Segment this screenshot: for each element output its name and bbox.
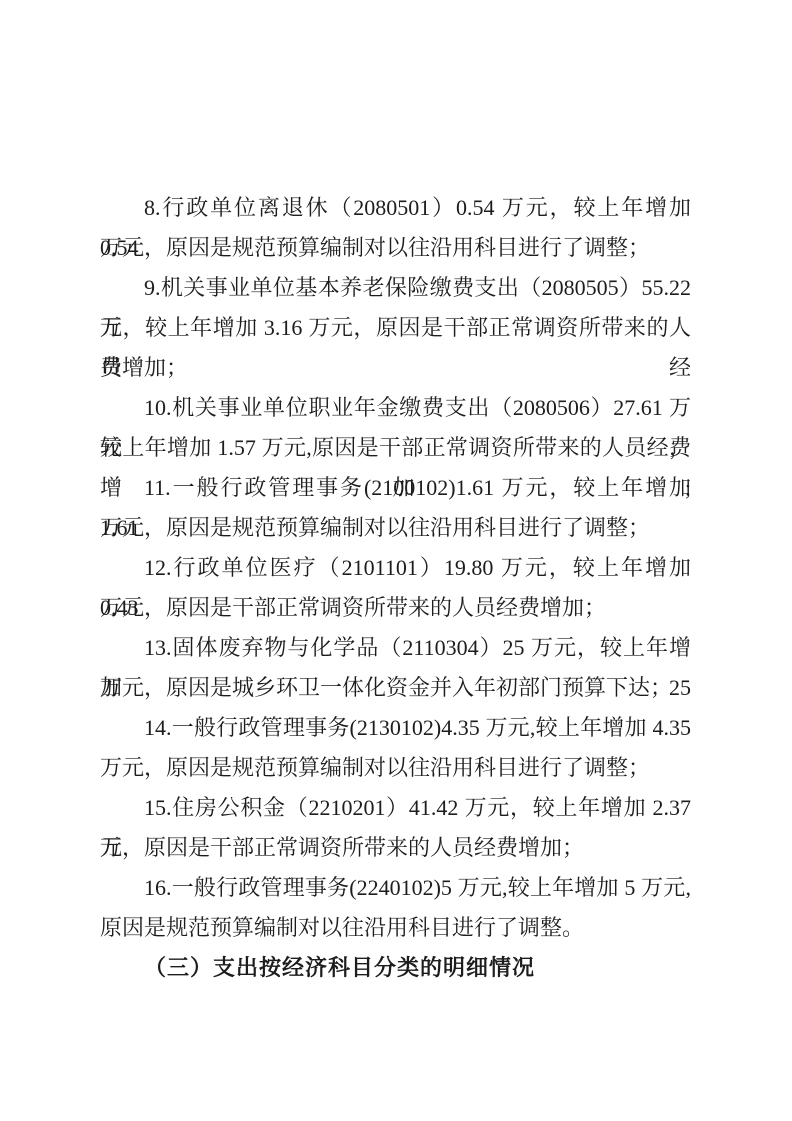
text-line: 原因是规范预算编制对以往沿用科目进行了调整。 — [100, 908, 691, 948]
text-line: 13.固体废弃物与化学品（2110304）25 万元，较上年增加 25 — [100, 628, 691, 668]
text-line: 16.一般行政管理事务(2240102)5 万元,较上年增加 5 万元, — [100, 868, 691, 908]
paragraph-item-10: 10.机关事业单位职业年金缴费支出（2080506）27.61 万元，较上年增加… — [100, 388, 691, 468]
text-line: 14.一般行政管理事务(2130102)4.35 万元,较上年增加 4.35 — [100, 708, 691, 748]
text-line: 9.机关事业单位基本养老保险缴费支出（2080505）55.22 万 — [100, 268, 691, 308]
text-line: （三）支出按经济科目分类的明细情况 — [100, 948, 691, 988]
text-line: 万元，原因是规范预算编制对以往沿用科目进行了调整； — [100, 228, 691, 268]
paragraph-item-16: 16.一般行政管理事务(2240102)5 万元,较上年增加 5 万元,原因是规… — [100, 868, 691, 948]
text-line: 8.行政单位离退休（2080501）0.54 万元，较上年增加 0.54 — [100, 188, 691, 228]
paragraph-item-12: 12.行政单位医疗（2101101）19.80 万元，较上年增加 0.43万元，… — [100, 548, 691, 628]
text-line: 15.住房公积金（2210201）41.42 万元，较上年增加 2.37 万 — [100, 788, 691, 828]
text-line: 万元，原因是规范预算编制对以往沿用科目进行了调整； — [100, 748, 691, 788]
paragraph-item-14: 14.一般行政管理事务(2130102)4.35 万元,较上年增加 4.35万元… — [100, 708, 691, 788]
text-line: 较上年增加 1.57 万元,原因是干部正常调资所带来的人员经费增加; — [100, 428, 691, 468]
text-line: 万元，原因是规范预算编制对以往沿用科目进行了调整； — [100, 508, 691, 548]
text-line: 10.机关事业单位职业年金缴费支出（2080506）27.61 万元， — [100, 388, 691, 428]
text-line: 元，较上年增加 3.16 万元，原因是干部正常调资所带来的人员经 — [100, 308, 691, 348]
paragraph-item-8: 8.行政单位离退休（2080501）0.54 万元，较上年增加 0.54万元，原… — [100, 188, 691, 268]
paragraph-item-9: 9.机关事业单位基本养老保险缴费支出（2080505）55.22 万元，较上年增… — [100, 268, 691, 388]
document-page: 8.行政单位离退休（2080501）0.54 万元，较上年增加 0.54万元，原… — [0, 0, 792, 1121]
text-line: 12.行政单位医疗（2101101）19.80 万元，较上年增加 0.43 — [100, 548, 691, 588]
text-line: 万元，原因是城乡环卫一体化资金并入年初部门预算下达； — [100, 668, 691, 708]
text-line: 11.一般行政管理事务(2100102)1.61 万元，较上年增加 1.61 — [100, 468, 691, 508]
text-block: 8.行政单位离退休（2080501）0.54 万元，较上年增加 0.54万元，原… — [100, 188, 691, 988]
section-heading-3: （三）支出按经济科目分类的明细情况 — [100, 948, 691, 988]
text-line: 元，原因是干部正常调资所带来的人员经费增加； — [100, 828, 691, 868]
text-line: 万元，原因是干部正常调资所带来的人员经费增加； — [100, 588, 691, 628]
paragraph-item-15: 15.住房公积金（2210201）41.42 万元，较上年增加 2.37 万元，… — [100, 788, 691, 868]
paragraph-item-13: 13.固体废弃物与化学品（2110304）25 万元，较上年增加 25万元，原因… — [100, 628, 691, 708]
paragraph-item-11: 11.一般行政管理事务(2100102)1.61 万元，较上年增加 1.61万元… — [100, 468, 691, 548]
